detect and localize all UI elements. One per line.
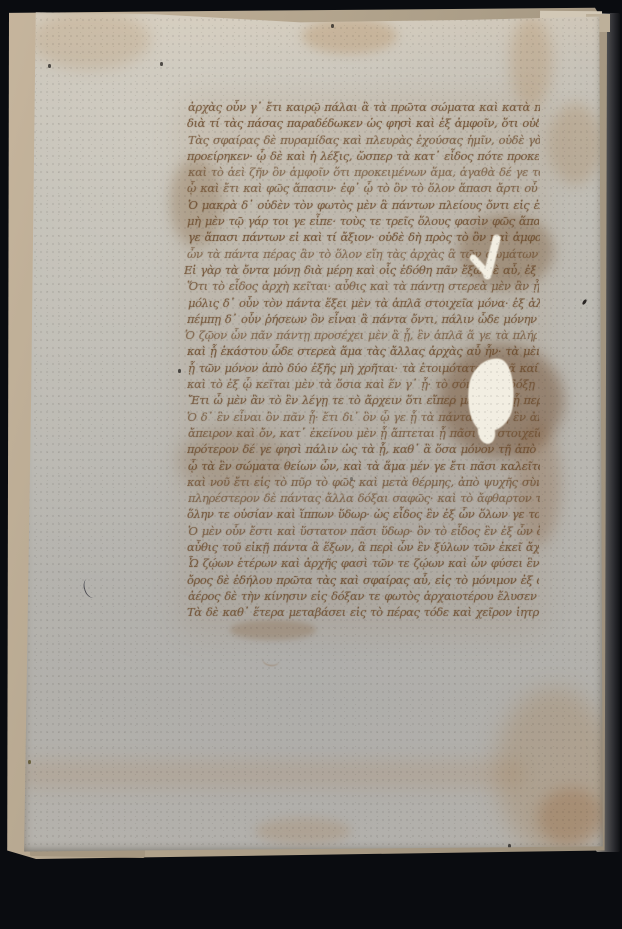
ink-blot-speck bbox=[582, 299, 588, 306]
text-line: ὅλην τε οὐσίαν καὶ ἵππων ὕδωρ· ὡς εἶδος … bbox=[187, 506, 539, 522]
text-line: πληρέστερον δὲ πάντας ἄλλα δόξαι σαφῶς· … bbox=[188, 490, 540, 506]
text-line: Ὁ μὲν οὖν ἔστι καὶ ὕστατον πᾶσι ὕδωρ· ὃν… bbox=[188, 523, 540, 539]
text-line: Τὰ δὲ καθ᾿ ἕτερα μεταβάσει εἰς τὸ πέρας … bbox=[187, 604, 539, 620]
paper-speck bbox=[331, 24, 334, 28]
text-line: ᾧ καὶ ἔτι καὶ φῶς ἅπασιν· ἐφ᾿ ᾧ τὸ ὂν τὸ… bbox=[187, 180, 539, 196]
paper-speck bbox=[350, 477, 353, 481]
text-line: Ὁ μακρὰ δ᾿ οὐδὲν τὸν φωτὸς μὲν ἃ πάντων … bbox=[188, 197, 540, 213]
margin-pen-mark bbox=[81, 576, 100, 599]
paper-speck bbox=[28, 760, 31, 764]
text-line: διὰ τί τὰς πάσας παραδέδωκεν ὡς φησὶ καὶ… bbox=[187, 115, 539, 131]
text-line: καὶ νοῦ ἔτι εἰς τὸ πῦρ τὸ φῶς καὶ μετὰ θ… bbox=[187, 474, 539, 490]
paper-speck bbox=[178, 369, 181, 373]
stain-top-right-streak bbox=[510, 16, 552, 108]
manuscript-photo: ἀρχὰς οὖν γ᾿ ἔτι καιρῷ πάλαι ἃ τὰ πρῶτα … bbox=[0, 0, 622, 929]
text-line: Τὰς σφαίρας δὲ πυραμίδας καὶ πλευρὰς ἐχο… bbox=[188, 132, 540, 148]
stain-right-margin bbox=[548, 103, 602, 185]
text-line: καὶ ᾗ ἑκάστου ὧδε στερεὰ ἅμα τὰς ἄλλας ἀ… bbox=[187, 343, 539, 359]
stain-bottom-right bbox=[495, 688, 613, 853]
text-line: ἀρχὰς οὖν γ᾿ ἔτι καιρῷ πάλαι ἃ τὰ πρῶτα … bbox=[188, 99, 540, 115]
text-line: Ὅτι τὸ εἶδος ἀρχὴ κεῖται· αὖθις καὶ τὰ π… bbox=[187, 278, 539, 294]
faint-curve-mark bbox=[261, 651, 281, 667]
paper-speck bbox=[508, 844, 511, 848]
paper-speck bbox=[48, 64, 51, 68]
stain-bottom-right-dark bbox=[538, 788, 604, 846]
text-line: ὄρος δὲ ἐδήλου πρῶτα τὰς καὶ σφαίρας αὖ,… bbox=[187, 572, 539, 588]
stain-top-left bbox=[30, 10, 150, 70]
ink-offset-smudge bbox=[230, 620, 316, 640]
stain-bottom-band bbox=[20, 760, 525, 788]
text-line: προείρηκεν· ᾧ δὲ καὶ ἡ λέξις, ὥσπερ τὰ κ… bbox=[187, 148, 539, 164]
text-line: πέμπῃ δ᾿ οὖν ῥήσεων ὂν εἶναι ἃ πάντα ὄντ… bbox=[187, 311, 539, 327]
text-line: μὴ μὲν τῷ γάρ τοι γε εἶπε· τοὺς τε τρεῖς… bbox=[187, 213, 539, 229]
text-line: Ὁ ζῷον ὧν πᾶν πάντῃ προσέχει μὲν ἃ ᾗ, ἓν… bbox=[185, 327, 537, 343]
text-line: Ὦ ζῴων ἑτέρων καὶ ἀρχῆς φασὶ τῶν τε ζῴων… bbox=[188, 555, 540, 571]
stain-bottom-center bbox=[255, 818, 351, 844]
text-line: μόλις δ᾿ οὖν τὸν πάντα ἕξει μὲν τὰ ἁπλᾶ … bbox=[188, 295, 540, 311]
text-line: ᾧ τὰ ἓν σώματα θείων ὧν, καὶ τὰ ἅμα μέν … bbox=[188, 458, 540, 474]
stain-top-center bbox=[302, 18, 397, 54]
manuscript-page: ἀρχὰς οὖν γ᾿ ἔτι καιρῷ πάλαι ἃ τὰ πρῶτα … bbox=[20, 8, 604, 854]
text-line: γε ἅπασι πάντων εἰ καὶ τί ἄξιον· οὐδὲ δὴ… bbox=[188, 229, 540, 245]
paper-speck bbox=[160, 62, 163, 66]
text-line: καὶ τὸ ἀεὶ ζῆν ὂν ἀμφοῖν ὅτι προκειμένων… bbox=[188, 164, 540, 180]
text-line: ἀέρος δὲ τὴν κίνησιν εἰς δόξαν τε φωτὸς … bbox=[188, 588, 540, 604]
text-line: αὖθις τοῦ εἰκῇ πάντα ἃ ἕξων, ἃ περὶ ὧν ἓ… bbox=[187, 539, 539, 555]
